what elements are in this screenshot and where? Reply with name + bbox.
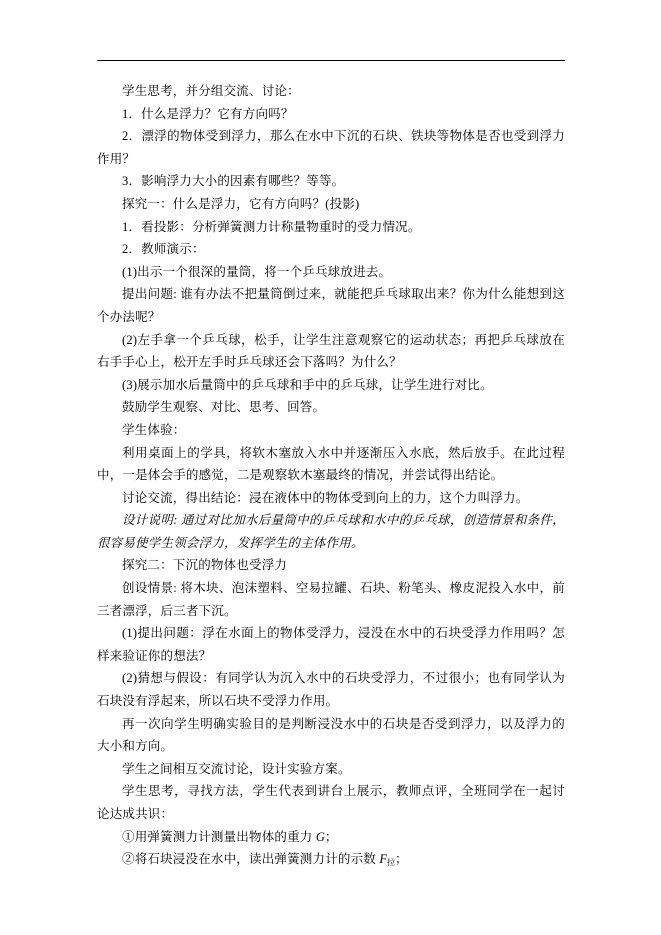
header-rule — [97, 60, 565, 61]
paragraph-12: 鼓励学生观察、对比、思考、回答。 — [97, 396, 565, 419]
text-run: 2．教师演示： — [122, 242, 205, 256]
paragraph-11: (3)展示加水后量筒中的乒乓球和手中的乒乓球，让学生进行对比。 — [97, 374, 565, 397]
paragraph-24: ①用弹簧测力计测量出物体的重力 G； — [97, 826, 565, 849]
paragraph-18: 创设情景: 将木块、泡沫塑料、空易拉罐、石块、粉笔头、橡皮泥投入水中，前三者漂浮… — [97, 577, 565, 622]
text-run: ； — [325, 830, 338, 844]
math-symbol: F — [379, 852, 387, 866]
text-run: (1)出示一个很深的量筒，将一个乒乓球放进去。 — [122, 265, 391, 279]
paragraph-10: (2)左手拿一个乒乓球，松手，让学生注意观察它的运动状态；再把乒乓球放在右手手心… — [97, 329, 565, 374]
text-run: 讨论交流，得出结论：浸在液体中的物体受到向上的力，这个力叫浮力。 — [122, 491, 528, 505]
text-run: 探究一：什么是浮力，它有方向吗？(投影) — [122, 197, 359, 211]
math-subscript: 拉 — [387, 858, 395, 867]
text-run: 3．影响浮力大小的因素有哪些？等等。 — [122, 174, 344, 188]
paragraph-23: 学生思考，寻找方法，学生代表到讲台上展示，教师点评，全班同学在一起讨论达成共识： — [97, 780, 565, 825]
text-run: 1．什么是浮力？它有方向吗？ — [122, 107, 294, 121]
text-run: 学生思考，并分组交流、讨论： — [122, 84, 300, 98]
paragraph-13: 学生体验： — [97, 419, 565, 442]
text-run: 鼓励学生观察、对比、思考、回答。 — [122, 400, 325, 414]
text-run: ①用弹簧测力计测量出物体的重力 — [122, 830, 316, 844]
paragraph-8: (1)出示一个很深的量筒，将一个乒乓球放进去。 — [97, 261, 565, 284]
text-run: 探究二：下沉的物体也受浮力 — [122, 558, 287, 572]
text-run: (3)展示加水后量筒中的乒乓球和手中的乒乓球，让学生进行对比。 — [122, 378, 493, 392]
text-run: ； — [395, 852, 408, 866]
text-run: ②将石块浸没在水中，读出弹簧测力计的示数 — [122, 852, 379, 866]
text-run: (2)猜想与假设：有同学认为沉入水中的石块受浮力，不过很小；也有同学认为石块没有… — [97, 671, 565, 708]
paragraph-4: 3．影响浮力大小的因素有哪些？等等。 — [97, 170, 565, 193]
paragraph-19: (1)提出问题：浮在水面上的物体受浮力，浸没在水中的石块受浮力作用吗？怎样来验证… — [97, 622, 565, 667]
paragraph-22: 学生之间相互交流讨论，设计实验方案。 — [97, 758, 565, 781]
text-run: (2)左手拿一个乒乓球，松手，让学生注意观察它的运动状态；再把乒乓球放在右手手心… — [97, 333, 565, 370]
paragraph-25: ②将石块浸没在水中，读出弹簧测力计的示数 F拉； — [97, 848, 565, 875]
paragraph-1: 学生思考，并分组交流、讨论： — [97, 80, 565, 103]
text-run: 创设情景: 将木块、泡沫塑料、空易拉罐、石块、粉笔头、橡皮泥投入水中，前三者漂浮… — [97, 581, 565, 618]
text-run: 利用桌面上的学具，将软木塞放入水中并逐渐压入水底，然后放手。在此过程中，一是体会… — [97, 446, 565, 483]
text-run: 再一次向学生明确实验目的是判断浸没水中的石块是否受到浮力，以及浮力的大小和方向。 — [97, 717, 565, 754]
paragraph-3: 2．漂浮的物体受到浮力，那么在水中下沉的石块、铁块等物体是否也受到浮力作用？ — [97, 125, 565, 170]
paragraph-2: 1．什么是浮力？它有方向吗？ — [97, 103, 565, 126]
paragraph-20: (2)猜想与假设：有同学认为沉入水中的石块受浮力，不过很小；也有同学认为石块没有… — [97, 667, 565, 712]
text-run: 学生思考，寻找方法，学生代表到讲台上展示，教师点评，全班同学在一起讨论达成共识： — [97, 784, 565, 821]
paragraph-17: 探究二：下沉的物体也受浮力 — [97, 554, 565, 577]
text-run: (1)提出问题：浮在水面上的物体受浮力，浸没在水中的石块受浮力作用吗？怎样来验证… — [97, 626, 565, 663]
text-run: 1．看投影：分析弹簧测力计称量物重时的受力情况。 — [122, 220, 421, 234]
paragraph-15: 讨论交流，得出结论：浸在液体中的物体受到向上的力，这个力叫浮力。 — [97, 487, 565, 510]
paragraph-7: 2．教师演示： — [97, 238, 565, 261]
paragraph-16: 设计说明: 通过对比加水后量筒中的乒乓球和水中的乒乓球，创造情景和条件，很容易使… — [97, 509, 565, 554]
paragraph-14: 利用桌面上的学具，将软木塞放入水中并逐渐压入水底，然后放手。在此过程中，一是体会… — [97, 442, 565, 487]
math-symbol: G — [316, 830, 325, 844]
paragraph-6: 1．看投影：分析弹簧测力计称量物重时的受力情况。 — [97, 216, 565, 239]
document-body: 学生思考，并分组交流、讨论：1．什么是浮力？它有方向吗？2．漂浮的物体受到浮力，… — [97, 80, 565, 875]
paragraph-5: 探究一：什么是浮力，它有方向吗？(投影) — [97, 193, 565, 216]
paragraph-21: 再一次向学生明确实验目的是判断浸没水中的石块是否受到浮力，以及浮力的大小和方向。 — [97, 713, 565, 758]
text-run: 设计说明: 通过对比加水后量筒中的乒乓球和水中的乒乓球，创造情景和条件，很容易使… — [97, 513, 565, 550]
text-run: 提出问题: 谁有办法不把量筒倒过来，就能把乒乓球取出来？你为什么能想到这个办法呢… — [97, 287, 565, 324]
paragraph-9: 提出问题: 谁有办法不把量筒倒过来，就能把乒乓球取出来？你为什么能想到这个办法呢… — [97, 283, 565, 328]
document-page: 学生思考，并分组交流、讨论：1．什么是浮力？它有方向吗？2．漂浮的物体受到浮力，… — [0, 0, 661, 935]
text-run: 学生之间相互交流讨论，设计实验方案。 — [122, 762, 351, 776]
text-run: 2．漂浮的物体受到浮力，那么在水中下沉的石块、铁块等物体是否也受到浮力作用？ — [97, 129, 565, 166]
text-run: 学生体验： — [122, 423, 186, 437]
